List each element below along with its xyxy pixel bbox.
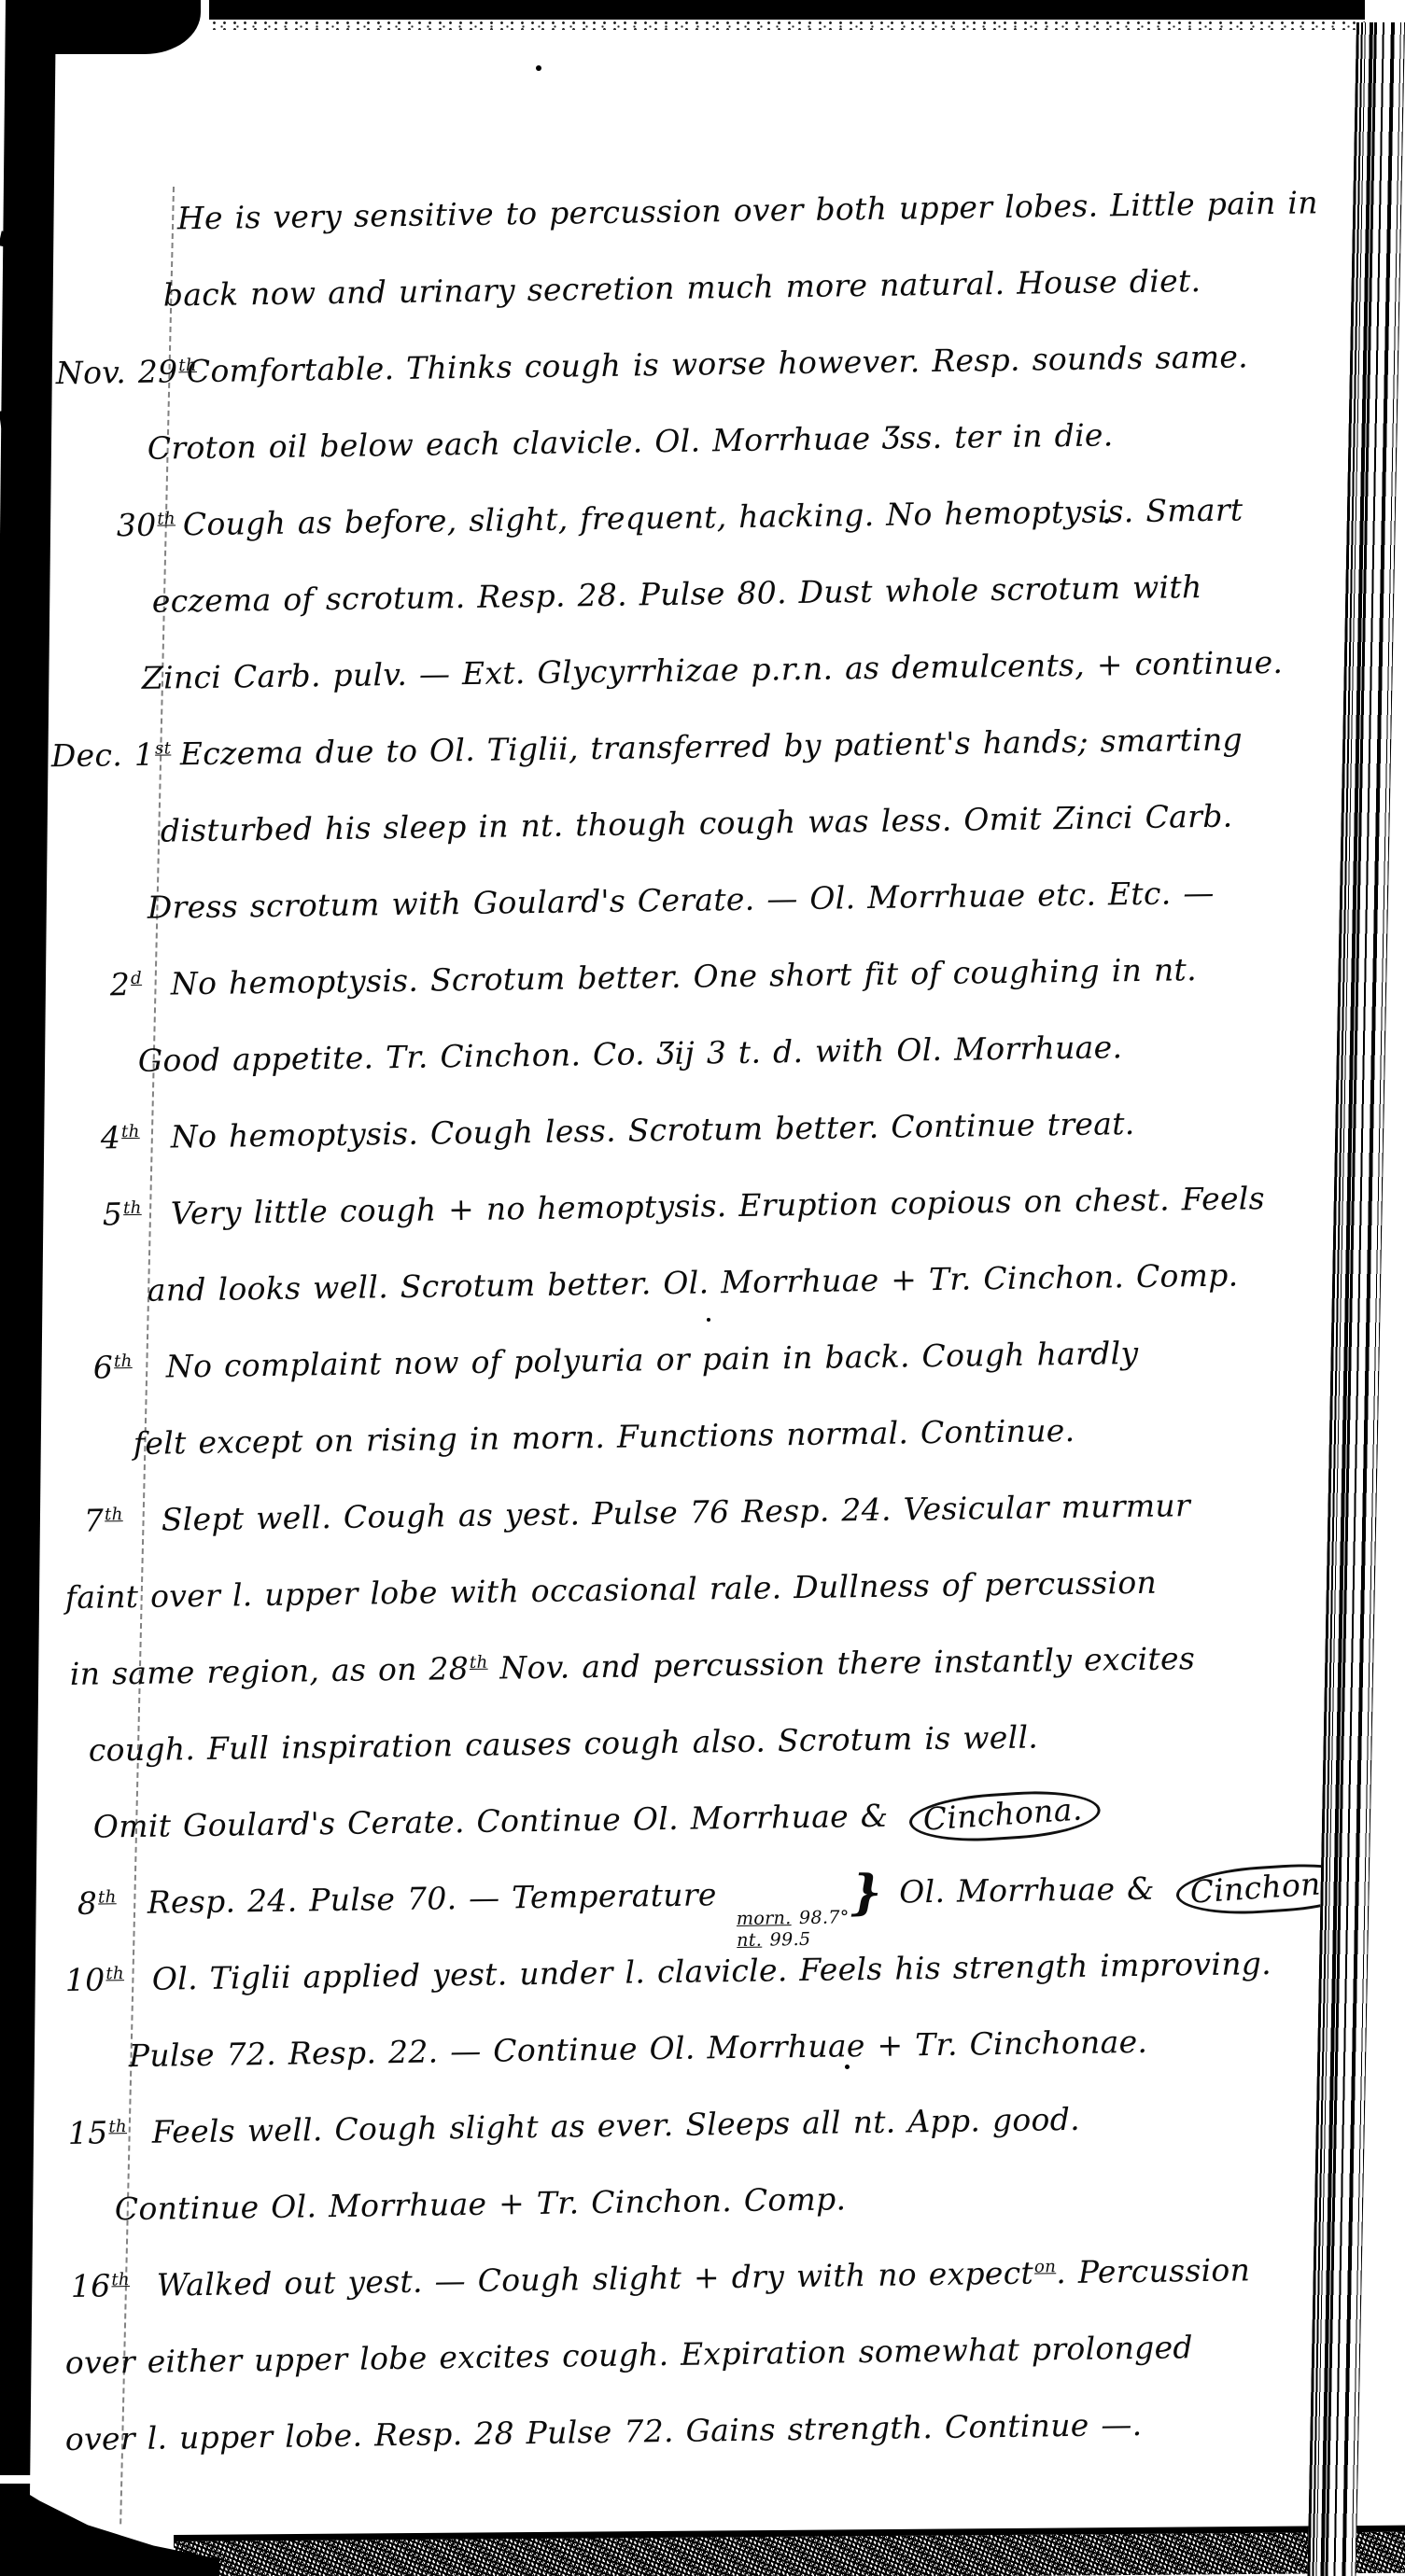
scanned-page: He is very sensitive to percussion over … <box>0 0 1405 2576</box>
entry-date-label: 8th <box>77 1865 117 1942</box>
brace-glyph: } <box>850 1865 882 1921</box>
entry-date-label: 2d <box>109 946 142 1023</box>
entry-date-label: 4th <box>100 1099 140 1177</box>
entry-date-label: 5th <box>102 1176 142 1253</box>
entry-date-label: 15th <box>67 2094 127 2172</box>
manuscript-line-text: cough. Full inspiration causes cough als… <box>0 1699 1039 1790</box>
manuscript-line-text: over l. upper lobe. Resp. 28 Pulse 72. G… <box>0 2387 1143 2479</box>
ink-speck <box>536 65 541 71</box>
scan-corner-blob <box>9 0 201 54</box>
entry-date-label: 6th <box>92 1329 133 1407</box>
circled-word: Cinchona. <box>908 1786 1103 1845</box>
entry-date-label: 30th <box>116 486 176 564</box>
entry-date-label: 10th <box>64 1941 124 2019</box>
scan-bottom-texture <box>174 2526 1405 2576</box>
entry-date-label: Nov. 29th <box>55 333 197 412</box>
entry-date-label: 16th <box>70 2247 130 2325</box>
scan-white-streak <box>0 2475 37 2484</box>
manuscript-line-text: Continue Ol. Morrhuae + Tr. Cinchon. Com… <box>0 2161 847 2249</box>
manuscript-line-text: felt except on rising in morn. Functions… <box>0 1393 1075 1484</box>
scan-top-border <box>209 0 1365 20</box>
manuscript-text-block: He is very sensitive to percussion over … <box>0 183 1365 2479</box>
entry-date-label: 7th <box>83 1482 123 1560</box>
entry-date-label: Dec. 1st <box>50 716 172 794</box>
